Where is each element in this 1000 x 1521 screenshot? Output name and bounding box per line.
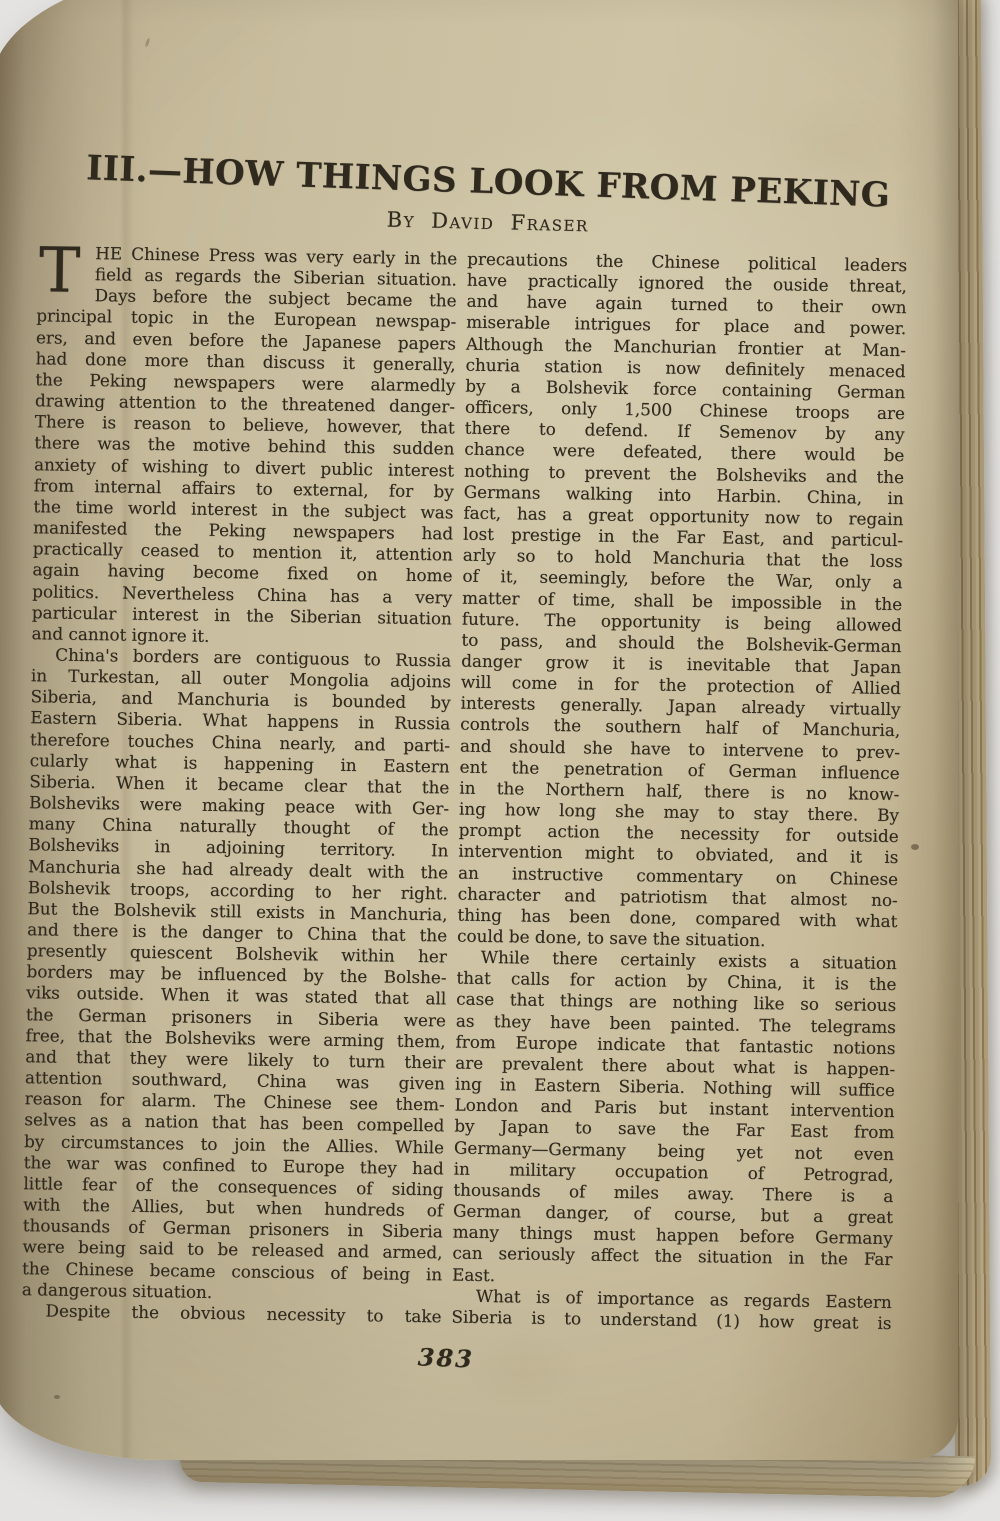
right-column: precautions the Chinese political leader… bbox=[451, 249, 907, 1334]
drop-cap: T bbox=[38, 239, 80, 302]
page-number: 383 bbox=[410, 1342, 481, 1374]
page-content: III.—HOW THINGS LOOK FROM PEKING By Davi… bbox=[13, 0, 949, 1335]
text-columns: THE Chinese Press was very early in thef… bbox=[13, 242, 945, 1334]
paper-speck bbox=[54, 1395, 60, 1399]
paper-speck bbox=[911, 844, 919, 850]
left-column: THE Chinese Press was very early in thef… bbox=[21, 242, 457, 1327]
book-photo: III.—HOW THINGS LOOK FROM PEKING By Davi… bbox=[0, 0, 1000, 1521]
